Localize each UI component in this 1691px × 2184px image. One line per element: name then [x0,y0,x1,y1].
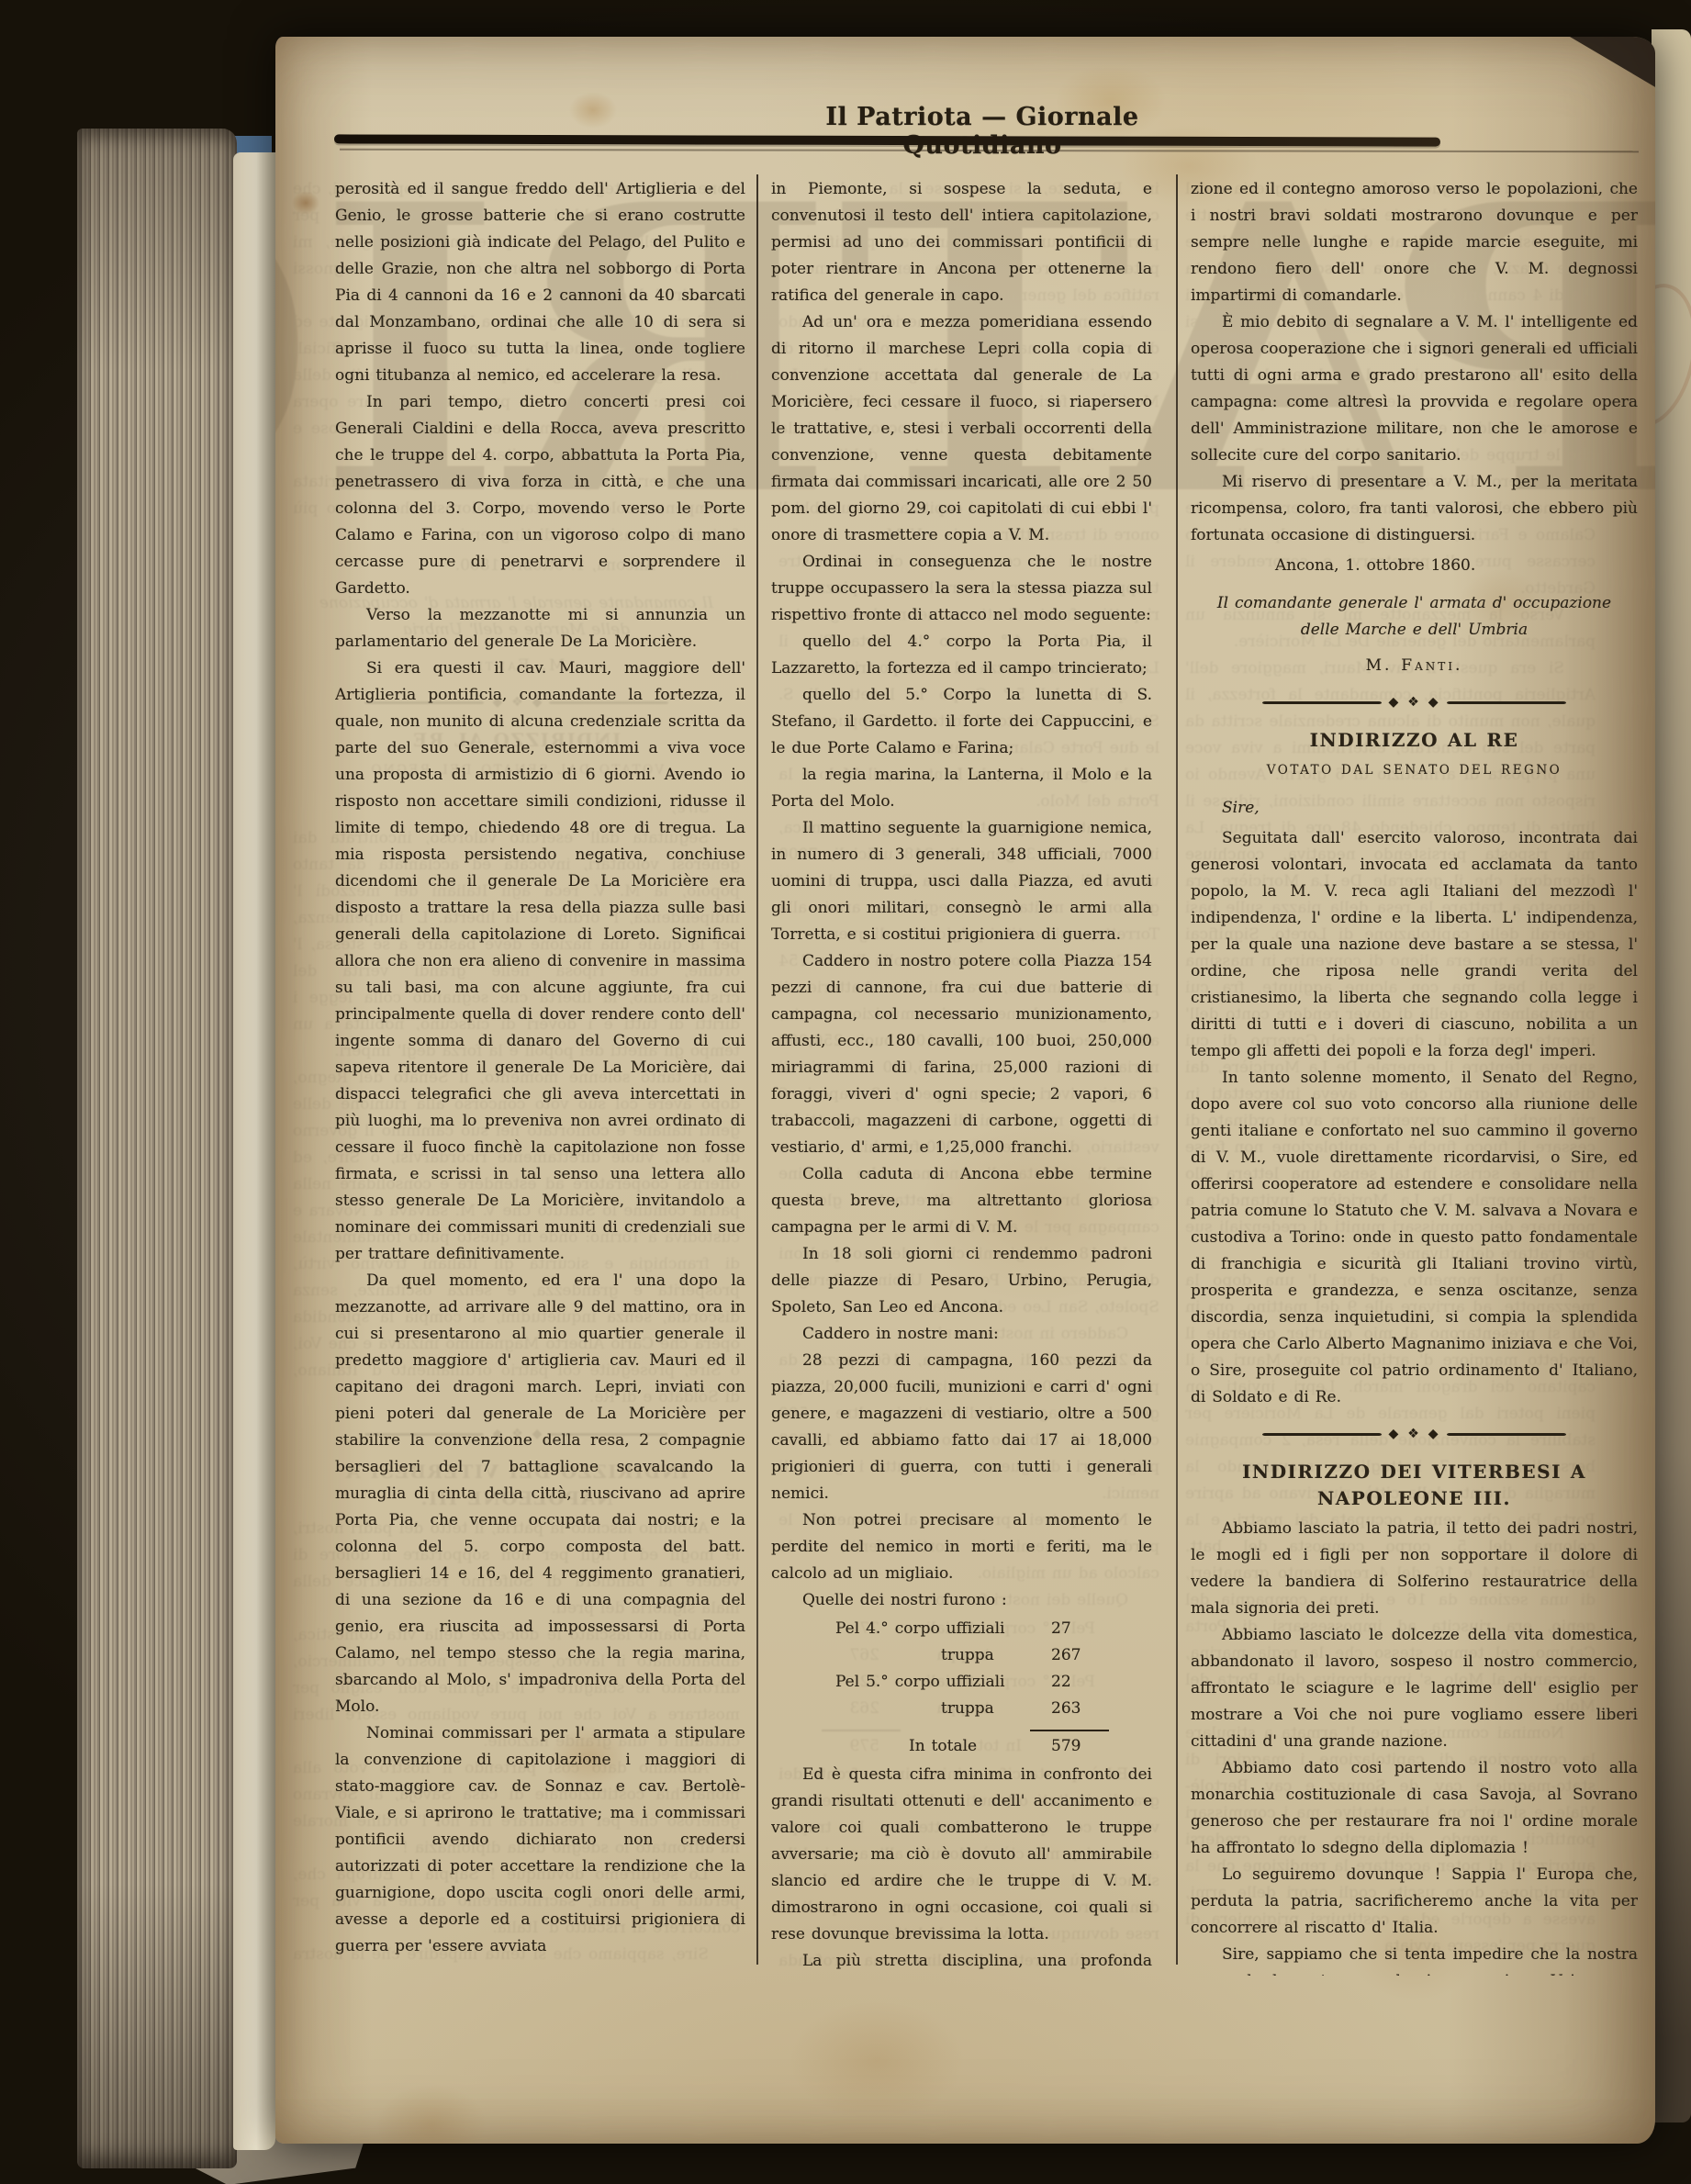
paragraph: INDIRIZZO DEI VITERBESI A NAPOLEONE III. [1191,1459,1638,1512]
casualty-label: truppa [941,1696,994,1722]
paragraph: La più stretta disciplina, una profonda … [771,1948,1152,1976]
paragraph: Colla caduta di Ancona ebbe termine ques… [771,1161,1152,1241]
paragraph: Sire, sappiamo che si tenta impedire che… [1191,1942,1638,1976]
paragraph: Caddero in nostro potere colla Piazza 15… [771,948,1152,1161]
paragraph: quello del 4.° corpo la Porta Pia, il La… [771,629,1152,682]
paragraph: VOTATO DAL SENATO DEL REGNO [1191,757,1638,784]
casualty-value: 579 [1051,1733,1081,1760]
paragraph: È mio debito di segnalare a V. M. l' int… [1191,309,1638,469]
paragraph: delle Marche e dell' Umbria [1191,617,1638,644]
paragraph: In pari tempo, dietro concerti presi coi… [335,389,745,602]
casualty-row: Pel 4.° corpo uffiziali27 [771,1616,1152,1642]
paragraph: in Piemonte, si sospese la seduta, e con… [771,176,1152,309]
page-edge-leaf [233,152,275,2150]
column-divider [1176,174,1178,1965]
casualty-value: 22 [1051,1669,1071,1696]
section-divider-ornament: ◆ ❖ ◆ [1191,1428,1638,1440]
column-3: zione ed il contegno amoroso verso le po… [1191,176,1638,1976]
newspaper-page: PATRIOTA perosità ed il sangue freddo de… [275,37,1655,2144]
paragraph: Il comandante generale l' armata d' occu… [1191,590,1638,617]
paragraph: Ordinai in conseguenza che le nostre tru… [771,549,1152,629]
casualty-label: Pel 5.° corpo uffiziali [835,1669,1004,1696]
paragraph: Ancona, 1. ottobre 1860. [1191,553,1638,579]
ornament-glyph: ◆ ❖ ◆ [1389,1428,1440,1440]
ornament-glyph: ◆ ❖ ◆ [1389,696,1440,709]
casualty-value: 263 [1051,1696,1081,1722]
ornament-line [1262,1433,1382,1436]
ornament-line [1262,701,1382,704]
paragraph: Nominai commissari per l' armata a stipu… [335,1720,745,1960]
casualty-label: truppa [941,1642,994,1669]
paragraph: In 18 soli giorni ci rendemmo padroni de… [771,1241,1152,1321]
paragraph: M. Fanti. [1191,653,1638,679]
damaged-corner [1547,37,1655,88]
paragraph: Abbiamo dato cosi partendo il nostro vot… [1191,1755,1638,1862]
casualty-label: Pel 4.° corpo uffiziali [835,1616,1004,1642]
casualty-row: truppa263 [771,1696,1152,1722]
paragraph: Ed è questa cifra minima in confronto de… [771,1762,1152,1948]
paragraph: perosità ed il sangue freddo dell' Artig… [335,176,745,389]
paragraph: INDIRIZZO AL RE [1191,727,1638,754]
paragraph: zione ed il contegno amoroso verso le po… [1191,176,1638,309]
paragraph: In tanto solenne momento, il Senato del … [1191,1065,1638,1411]
casualty-figures: Pel 4.° corpo uffiziali27truppa267Pel 5.… [771,1616,1152,1760]
total-rule [1030,1730,1109,1731]
paragraph: Verso la mezzanotte mi si annunzia un pa… [335,602,745,655]
paragraph: Seguitata dall' esercito valoroso, incon… [1191,825,1638,1065]
paragraph: Lo seguiremo dovunque ! Sappia l' Europa… [1191,1862,1638,1942]
paper-stain [292,191,319,215]
paragraph: Non potrei precisare al momento le perdi… [771,1507,1152,1587]
paragraph: 28 pezzi di campagna, 160 pezzi da piazz… [771,1348,1152,1507]
paragraph: Da quel momento, ed era l' una dopo la m… [335,1268,745,1720]
ornament-line [1447,701,1566,704]
paragraph: Abbiamo lasciato le dolcezze della vita … [1191,1622,1638,1755]
paper-stain [790,2001,964,2121]
paragraph: la regia marina, la Lanterna, il Molo e … [771,762,1152,815]
paragraph: Ad un' ora e mezza pomeridiana essendo d… [771,309,1152,549]
paragraph: Il mattino seguente la guarnigione nemic… [771,815,1152,948]
book-page-stack [77,129,237,2168]
paragraph: Quelle dei nostri furono : [771,1587,1152,1614]
paragraph: Abbiamo lasciato la patria, il tetto dei… [1191,1516,1638,1622]
paragraph: Si era questi il cav. Mauri, maggiore de… [335,655,745,1268]
casualty-row: In totale579 [771,1733,1152,1760]
column-divider [756,174,758,1965]
casualty-value: 267 [1051,1642,1081,1669]
casualty-row: Pel 5.° corpo uffiziali22 [771,1669,1152,1696]
ornament-line [1447,1433,1566,1436]
casualty-row: truppa267 [771,1642,1152,1669]
paragraph: Sire, [1191,795,1638,822]
paragraph: Mi riservo di presentare a V. M., per la… [1191,469,1638,549]
paragraph: Caddero in nostre mani: [771,1321,1152,1348]
paragraph: quello del 5.° Corpo la lunetta di S. St… [771,682,1152,762]
paper-stain [376,2084,487,2144]
column-1: perosità ed il sangue freddo dell' Artig… [335,176,745,1976]
casualty-label: In totale [909,1733,977,1760]
section-divider-ornament: ◆ ❖ ◆ [1191,696,1638,709]
column-2: in Piemonte, si sospese la seduta, e con… [771,176,1152,1976]
paper-stain [569,92,617,129]
masthead-rule [334,134,1440,146]
casualty-value: 27 [1051,1616,1071,1642]
